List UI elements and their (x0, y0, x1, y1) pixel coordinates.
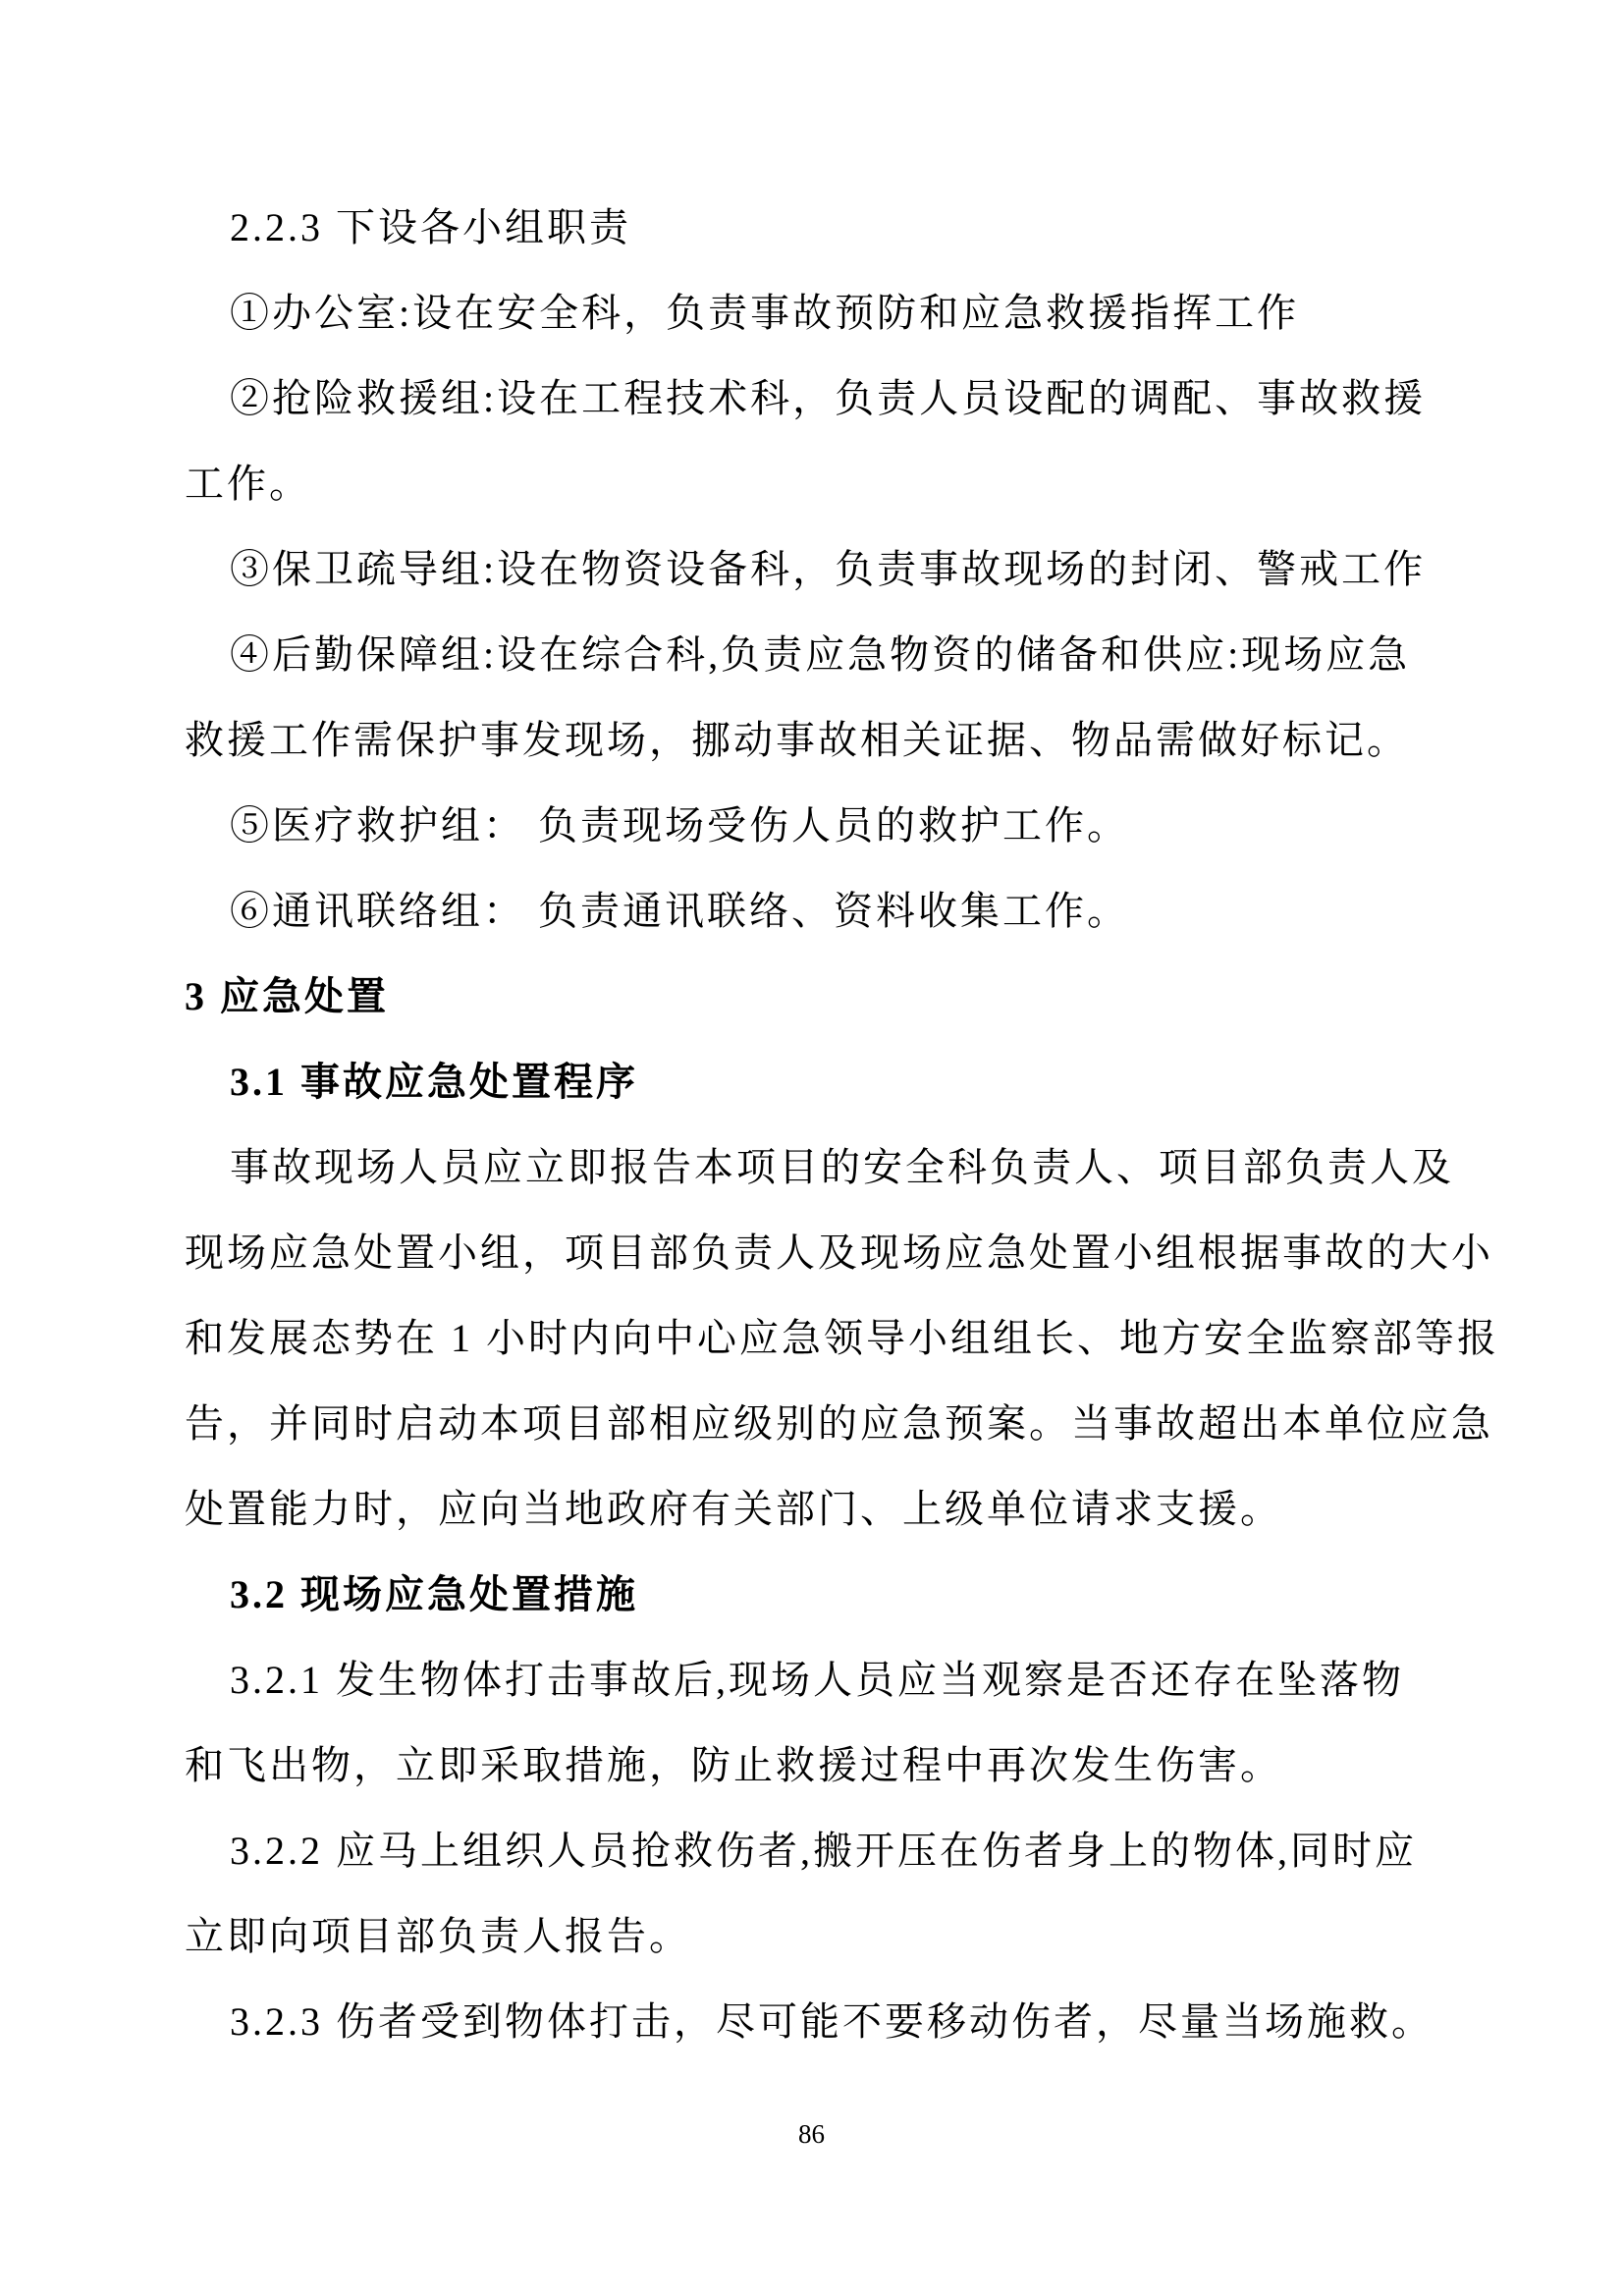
text-line: 现场应急处置小组，项目部负责人及现场应急处置小组根据事故的大小 (185, 1210, 1488, 1295)
text-line: 告，并同时启动本项目部相应级别的应急预案。当事故超出本单位应急 (185, 1381, 1488, 1466)
text-line: 3.2.2 应马上组织人员抢救伤者,搬开压在伤者身上的物体,同时应 (185, 1808, 1488, 1893)
text-line: ③保卫疏导组:设在物资设备科，负责事故现场的封闭、警戒工作 (185, 526, 1488, 612)
page-number: 86 (798, 2119, 825, 2149)
document-body: 2.2.3 下设各小组职责①办公室:设在安全科，负责事故预防和应急救援指挥工作②… (185, 185, 1488, 2064)
text-line: 和飞出物，立即采取措施，防止救援过程中再次发生伤害。 (185, 1722, 1488, 1808)
text-line: 处置能力时，应向当地政府有关部门、上级单位请求支援。 (185, 1466, 1488, 1552)
text-line: ⑥通讯联络组： 负责通讯联络、资料收集工作。 (185, 868, 1488, 954)
text-line: 事故现场人员应立即报告本项目的安全科负责人、项目部负责人及 (185, 1124, 1488, 1210)
text-line: ②抢险救援组:设在工程技术科，负责人员设配的调配、事故救援 (185, 355, 1488, 441)
text-line: 立即向项目部负责人报告。 (185, 1893, 1488, 1979)
document-page: 2.2.3 下设各小组职责①办公室:设在安全科，负责事故预防和应急救援指挥工作②… (0, 0, 1623, 2296)
text-line: 3.2.1 发生物体打击事故后,现场人员应当观察是否还存在坠落物 (185, 1637, 1488, 1722)
text-line: ④后勤保障组:设在综合科,负责应急物资的储备和供应:现场应急 (185, 612, 1488, 697)
text-line: 和发展态势在 1 小时内向中心应急领导小组组长、地方安全监察部等报 (185, 1295, 1488, 1381)
text-line: 3.2.3 伤者受到物体打击，尽可能不要移动伤者，尽量当场施救。 (185, 1979, 1488, 2064)
text-line: 救援工作需保护事发现场，挪动事故相关证据、物品需做好标记。 (185, 697, 1488, 783)
text-line: 工作。 (185, 441, 1488, 526)
heading-line: 3.2 现场应急处置措施 (185, 1552, 1488, 1637)
page-footer: 86 (0, 2119, 1623, 2150)
text-line: ①办公室:设在安全科，负责事故预防和应急救援指挥工作 (185, 270, 1488, 355)
text-line: ⑤医疗救护组： 负责现场受伤人员的救护工作。 (185, 783, 1488, 868)
text-line: 2.2.3 下设各小组职责 (185, 185, 1488, 270)
heading-line: 3.1 事故应急处置程序 (185, 1039, 1488, 1124)
heading-line: 3 应急处置 (185, 954, 1488, 1039)
